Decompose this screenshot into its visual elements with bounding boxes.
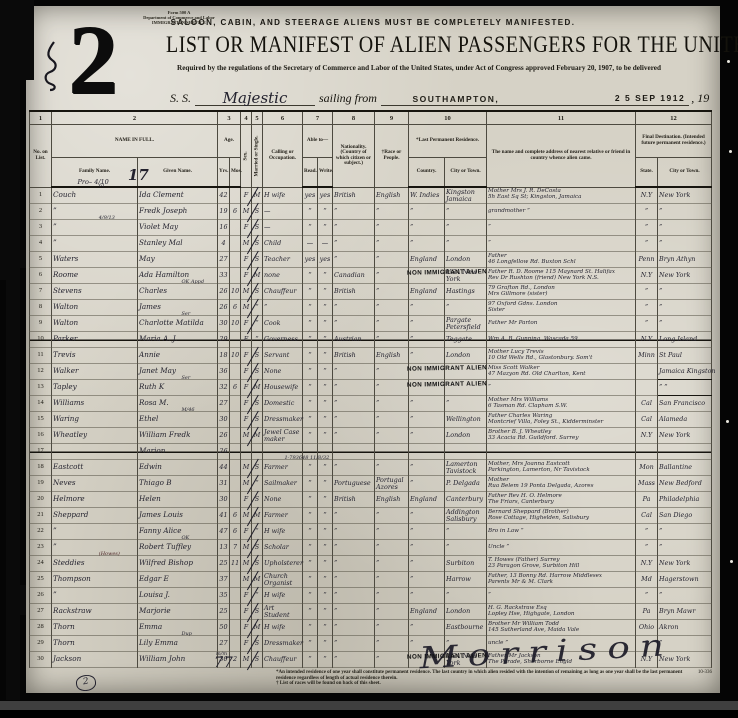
- cell-calling: H wife: [263, 588, 303, 604]
- colnum-12: 12: [636, 111, 712, 125]
- manifest-row: 23”Robert TuffleyOK137MSScholar””””””Unc…: [30, 540, 712, 556]
- cell-state: ”: [636, 236, 658, 252]
- cell-calling: Child: [263, 236, 303, 252]
- cell-calling: Cook: [263, 316, 303, 332]
- cell-read: ”: [303, 604, 318, 620]
- cell-no: 29: [30, 636, 52, 652]
- cell-read: —: [303, 236, 318, 252]
- cell-read: ”: [303, 348, 318, 364]
- cell-city: Addington Salisbury: [445, 508, 487, 524]
- header-sex: Sex.: [241, 125, 252, 188]
- cell-state: Penn: [636, 252, 658, 268]
- cell-read: ”: [303, 332, 318, 348]
- manifest-row: 26”Louisa J.35F”H wife”””””””””: [30, 588, 712, 604]
- cell-race: ”: [375, 588, 409, 604]
- cell-calling: Upholsterer: [263, 556, 303, 572]
- manifest-row: 3”4/9/13Violet May16FS—”””””””””: [30, 220, 712, 236]
- cell-no: 24: [30, 556, 52, 572]
- port-stamp: SOUTHAMPTON,: [381, 93, 531, 106]
- cell-yrs: 30: [218, 316, 230, 332]
- cell-no: 14: [30, 396, 52, 412]
- cell-yrs: 18: [218, 348, 230, 364]
- cell-given: Marjorie: [138, 604, 218, 620]
- cell-fam: Walton: [52, 300, 138, 316]
- manifest-row: 20HelmoreHelen30FSNone””BritishEnglishEn…: [30, 492, 712, 508]
- cell-city: ”: [445, 540, 487, 556]
- handwritten-note: Ser: [181, 311, 190, 318]
- cell-city: Canterbury: [445, 492, 487, 508]
- cell-country: ”: [409, 300, 445, 316]
- cell-write: ”: [318, 540, 333, 556]
- cell-yrs: 31: [218, 476, 230, 492]
- cell-race: ”: [375, 572, 409, 588]
- cell-nat: ”: [333, 380, 375, 396]
- cell-relative: Miss Scott Walker 47 Mazyon Rd. Old Char…: [487, 364, 636, 380]
- cell-fam: Neves: [52, 476, 138, 492]
- manifest-row: 5WatersMay27FSTeacheryesyes””EnglandLond…: [30, 252, 712, 268]
- cell-nat: British: [333, 348, 375, 364]
- cell-relative: Mother Rua Belem 19 Ponta Delgada, Azore…: [487, 476, 636, 492]
- cell-relative: ”: [487, 588, 636, 604]
- cell-no: 12: [30, 364, 52, 380]
- non-immigrant-alien-stamp: NON IMMIGRANT ALIEN: [407, 365, 487, 373]
- cell-city: Eastbourne: [445, 620, 487, 636]
- scan-speck: [726, 420, 729, 423]
- cell-relative: ”: [487, 380, 636, 396]
- cell-yrs: 35: [218, 588, 230, 604]
- header-name-in-full: NAME IN FULL. 17: [52, 125, 218, 158]
- colnum-5: 5: [252, 111, 263, 125]
- cell-given: Robert TuffleyOK: [138, 540, 218, 556]
- cell-fam: Couch61Pro– 4/10: [52, 187, 138, 204]
- cell-state: Cal: [636, 508, 658, 524]
- cell-calling: Servant: [263, 348, 303, 364]
- cell-relative: Father R. D. Roome 115 Maynard St. Halif…: [487, 268, 636, 284]
- year-label: , 19: [689, 91, 709, 106]
- page-title: LIST OR MANIFEST OF ALIEN PASSENGERS FOR…: [166, 32, 710, 58]
- cell-race: ”: [375, 556, 409, 572]
- cell-nat: ”: [333, 428, 375, 444]
- cell-dcity: ”: [658, 540, 712, 556]
- cell-read: ”: [303, 460, 318, 476]
- cell-city: Kingston Jamaica: [445, 187, 487, 204]
- cell-dcity: New Bedford: [658, 476, 712, 492]
- colnum-9: 9: [375, 111, 409, 125]
- cell-no: 11: [30, 348, 52, 364]
- cell-yrs: 33: [218, 268, 230, 284]
- cell-fam: ”4/9/13: [52, 220, 138, 236]
- cell-relative: Father 46 Longfellow Rd. Buxton Schl: [487, 252, 636, 268]
- cell-race: ”: [375, 636, 409, 652]
- cell-city: Lamerton Tavistock: [445, 460, 487, 476]
- cell-country: W. Indies: [409, 187, 445, 204]
- cell-city: ”: [445, 204, 487, 220]
- manifest-row: 11TrevisAnnie1810FSServant””BritishEngli…: [30, 348, 712, 364]
- cell-fam: [52, 444, 138, 460]
- cell-read: ”: [303, 300, 318, 316]
- cell-nat: ”: [333, 396, 375, 412]
- cell-dcity: New York: [658, 187, 712, 204]
- cell-relative: Father Rev H. O. Helmore The Friars, Can…: [487, 492, 636, 508]
- cell-country: ”: [409, 588, 445, 604]
- cell-state: Pa: [636, 604, 658, 620]
- cell-city: London: [445, 428, 487, 444]
- cell-country: ”: [409, 412, 445, 428]
- header-dest-state: State.: [636, 158, 658, 188]
- cell-yrs: 16: [218, 220, 230, 236]
- cell-fam: Steddies(Howes): [52, 556, 138, 572]
- cell-city: Hastings: [445, 284, 487, 300]
- cell-fam: Rackstraw: [52, 604, 138, 620]
- cell-write: ”: [318, 588, 333, 604]
- cell-country: ”: [409, 204, 445, 220]
- cell-city: ”: [445, 220, 487, 236]
- footnote-races: † List of races will be found on back of…: [276, 681, 381, 686]
- cell-race: Portugal Azores: [375, 476, 409, 492]
- cell-yrs: 37: [218, 572, 230, 588]
- cell-race: ”: [375, 316, 409, 332]
- cell-state: Md: [636, 572, 658, 588]
- cell-write: ”: [318, 284, 333, 300]
- cell-given: Fredk Joseph: [138, 204, 218, 220]
- column-number-strip: 1 2 3 4 5 6 7 8 9 10 11 12: [30, 111, 712, 125]
- cell-no: 27: [30, 604, 52, 620]
- header-country: Country.: [409, 158, 445, 188]
- scan-black-edge: [6, 280, 20, 700]
- form-number-note: Form 500 A Department of Commerce and La…: [134, 10, 224, 25]
- scanned-manifest-page: SALOON, CABIN, AND STEERAGE ALIENS MUST …: [0, 0, 738, 718]
- cell-dcity: Jamaica Kingston: [658, 364, 712, 380]
- cell-given: Annie: [138, 348, 218, 364]
- footnotes: 10-336 *An intended residence of one yea…: [276, 670, 712, 687]
- non-immigrant-alien-stamp: NON IMMIGRANT ALIEN: [407, 269, 487, 277]
- cell-relative: Father, 13 Bonny Rd. Harrow Middlesex Pa…: [487, 572, 636, 588]
- cell-given: James Louis: [138, 508, 218, 524]
- cell-given: Emma: [138, 620, 218, 636]
- cell-fam: Helmore: [52, 492, 138, 508]
- cell-race: ”: [375, 300, 409, 316]
- handwritten-note: (Howes): [99, 551, 120, 558]
- cell-fam: Thorn: [52, 636, 138, 652]
- cell-calling: Farmer1-793648 11/8/32: [263, 460, 303, 476]
- name-in-full-label: NAME IN FULL.: [115, 137, 154, 143]
- cell-nat: [333, 444, 375, 460]
- cell-fam: Walker: [52, 364, 138, 380]
- cell-nat: British: [333, 492, 375, 508]
- cell-write: ”: [318, 460, 333, 476]
- cell-given: Charlotte MatildaSer: [138, 316, 218, 332]
- cell-yrs: 50: [218, 620, 230, 636]
- cell-relative: grandmother ”: [487, 204, 636, 220]
- cell-country: ”: [409, 540, 445, 556]
- cell-city: Surbiton: [445, 556, 487, 572]
- cell-country: ”: [409, 348, 445, 364]
- cell-race: ”: [375, 284, 409, 300]
- cell-calling: Chauffeur: [263, 284, 303, 300]
- cell-read: ”: [303, 412, 318, 428]
- cell-yrs: 25: [218, 556, 230, 572]
- header-no-on-list: No. on List.: [30, 125, 52, 188]
- cell-country: England: [409, 252, 445, 268]
- cell-no: 13: [30, 380, 52, 396]
- cell-state: N.Y: [636, 556, 658, 572]
- cell-race: ”: [375, 236, 409, 252]
- tally-count: 77: [214, 655, 234, 671]
- cell-calling: Church Organist: [263, 572, 303, 588]
- cell-relative: Mother Mrs Williams 6 Tasman Rd. Clapham…: [487, 396, 636, 412]
- cell-race: ”: [375, 604, 409, 620]
- cell-sex: F: [241, 316, 252, 332]
- cell-country: ”: [409, 332, 445, 348]
- cell-dcity: ”: [658, 588, 712, 604]
- manifest-row: 2”Fredk Joseph196MS—””””””grandmother ””…: [30, 204, 712, 220]
- cell-relative: ”: [487, 236, 636, 252]
- header-calling: Calling or Occupation.: [263, 125, 303, 188]
- cell-mos: [230, 444, 241, 460]
- cell-relative: Father Mr Parton: [487, 316, 636, 332]
- cell-write: ”: [318, 268, 333, 284]
- manifest-row: 24Steddies(Howes)Wilfred Bishop2511MSUph…: [30, 556, 712, 572]
- cell-relative: Mother, Mrs Joanna Eastcott Parkington, …: [487, 460, 636, 476]
- cell-race: ”: [375, 540, 409, 556]
- cell-no: 5: [30, 252, 52, 268]
- cell-given: Louisa J.: [138, 588, 218, 604]
- cell-nat: Portuguese: [333, 476, 375, 492]
- handwritten-annotation: Pro– 4/10: [78, 179, 109, 186]
- cell-fam: Williams: [52, 396, 138, 412]
- cell-calling: —: [263, 204, 303, 220]
- cell-write: yes: [318, 252, 333, 268]
- cell-no: 2: [30, 204, 52, 220]
- cell-city: [445, 444, 487, 460]
- cell-write: ”: [318, 492, 333, 508]
- cell-nat: ”: [333, 236, 375, 252]
- colnum-4: 4: [241, 111, 252, 125]
- cell-write: —: [318, 236, 333, 252]
- non-immigrant-alien-stamp: NON IMMIGRANT ALIEN: [407, 381, 487, 389]
- cell-race: ”: [375, 508, 409, 524]
- manifest-row: 12WalkerJanet May36FSNone””””NON IMMIGRA…: [30, 364, 712, 380]
- cell-nat: Austrian: [333, 332, 375, 348]
- handwritten-note: OK Appd: [181, 279, 204, 286]
- header-age: Age.: [218, 125, 241, 158]
- cell-fam: Eastcott: [52, 460, 138, 476]
- cell-calling: Dressmaker: [263, 412, 303, 428]
- cell-dcity: New York: [658, 556, 712, 572]
- cell-read: ”: [303, 268, 318, 284]
- cell-read: ”: [303, 556, 318, 572]
- cell-race: English: [375, 348, 409, 364]
- cell-race: ”: [375, 220, 409, 236]
- cell-read: ”: [303, 540, 318, 556]
- cell-country: ”: [409, 620, 445, 636]
- cell-given: Edwin: [138, 460, 218, 476]
- cell-fam: ”: [52, 524, 138, 540]
- manifest-row: 25ThompsonEdgar E37MMChurch Organist””””…: [30, 572, 712, 588]
- cell-state: ”: [636, 540, 658, 556]
- cell-country: ”: [409, 508, 445, 524]
- cell-nat: ”: [333, 300, 375, 316]
- cell-write: ”: [318, 204, 333, 220]
- cell-read: ”: [303, 380, 318, 396]
- cell-state: N.Y: [636, 268, 658, 284]
- manifest-row: 13TapleyRuth KSer326FMHousewife””””NON I…: [30, 380, 712, 396]
- cell-calling: Sailmaker: [263, 476, 303, 492]
- manifest-row: 6RoomeAda Hamilton33FMnone””Canadian”NON…: [30, 268, 712, 284]
- cell-no: 18: [30, 460, 52, 476]
- cell-fam: Wheatley: [52, 428, 138, 444]
- cell-state: ”: [636, 284, 658, 300]
- cell-relative: 79 Grafton Rd., London Mrs Gillmore (sis…: [487, 284, 636, 300]
- cell-no: 20: [30, 492, 52, 508]
- cell-state: [636, 444, 658, 460]
- cell-nat: ”: [333, 252, 375, 268]
- cell-dcity: ” ”: [658, 380, 712, 396]
- cell-fam: Tapley: [52, 380, 138, 396]
- cell-given: CharlesOK Appd: [138, 284, 218, 300]
- cell-nat: ”: [333, 524, 375, 540]
- scan-bottom-band: [0, 701, 738, 710]
- cell-nat: ”: [333, 556, 375, 572]
- cell-dcity: ”: [658, 236, 712, 252]
- cell-no: 1: [30, 187, 52, 204]
- cell-race: ”: [375, 380, 409, 396]
- header-write: Write.: [318, 158, 333, 188]
- manifest-row: 15WaringEthelM/4630FSDressmaker”””””Well…: [30, 412, 712, 428]
- cell-write: ”: [318, 380, 333, 396]
- cell-race: ”: [375, 252, 409, 268]
- cell-write: ”: [318, 604, 333, 620]
- cell-write: ”: [318, 524, 333, 540]
- cell-read: ”: [303, 428, 318, 444]
- cell-dcity: St Paul: [658, 348, 712, 364]
- cell-calling: Housewife: [263, 380, 303, 396]
- cell-dcity: New York: [658, 428, 712, 444]
- cell-city: Harrow: [445, 572, 487, 588]
- cell-no: 22: [30, 524, 52, 540]
- cell-dcity: San Francisco: [658, 396, 712, 412]
- cell-read: ”: [303, 572, 318, 588]
- cell-yrs: 47: [218, 524, 230, 540]
- manifest-row: 10ParkerMaria A. J.29F”Governess””Austri…: [30, 332, 712, 348]
- cell-read: ”: [303, 620, 318, 636]
- cell-read: ”: [303, 492, 318, 508]
- manifest-row: 8WaltonJames266M””””””””97 Oxford Gdns. …: [30, 300, 712, 316]
- cell-calling: —: [263, 220, 303, 236]
- cell-city: London: [445, 348, 487, 364]
- header-given-name: Given Name.: [138, 158, 218, 188]
- cell-write: ”: [318, 316, 333, 332]
- cell-relative: Mother Lucy Trevis 10 Old Wells Rd., Gla…: [487, 348, 636, 364]
- cell-nat: ”: [333, 540, 375, 556]
- ship-name: Majestic: [195, 91, 315, 106]
- cell-nat: ”: [333, 636, 375, 652]
- cell-state: ”: [636, 316, 658, 332]
- cell-dcity: Long Island: [658, 332, 712, 348]
- manifest-row: 4”Stanley Mal4MSChild——”””””””: [30, 236, 712, 252]
- cell-city: ”: [445, 588, 487, 604]
- header-yrs: Yrs.: [218, 158, 230, 188]
- cell-country: [409, 444, 445, 460]
- cell-race: English: [375, 492, 409, 508]
- cell-read: ”: [303, 284, 318, 300]
- cell-city: ”: [445, 396, 487, 412]
- manifest-row: 18EastcottEdwin44MSFarmer1-793648 11/8/3…: [30, 460, 712, 476]
- cell-no: 17: [30, 444, 52, 460]
- cell-state: [636, 364, 658, 380]
- cell-fam: Waring: [52, 412, 138, 428]
- cell-yrs: 32: [218, 380, 230, 396]
- colnum-3: 3: [218, 111, 241, 125]
- cell-yrs: 19: [218, 204, 230, 220]
- cell-given: Thiago B: [138, 476, 218, 492]
- cell-nat: ”: [333, 220, 375, 236]
- cell-no: 4: [30, 236, 52, 252]
- cell-given: Marion: [138, 444, 218, 460]
- cell-yrs: 26: [218, 444, 230, 460]
- cell-country: NON IMMIGRANT ALIEN: [409, 380, 445, 396]
- cell-city: Pargate Petersfield: [445, 316, 487, 332]
- manifest-rows: 1Couch61Pro– 4/10Ida Clement42FMH wifeye…: [30, 187, 712, 668]
- page-subtitle: Required by the regulations of the Secre…: [126, 64, 712, 72]
- cell-nat: ”: [333, 316, 375, 332]
- cell-relative: [487, 444, 636, 460]
- cell-calling: Teacher: [263, 252, 303, 268]
- cell-no: 28: [30, 620, 52, 636]
- manifest-table-head: 1 2 3 4 5 6 7 8 9 10 11 12 No. on List.: [30, 111, 712, 187]
- cell-write: ”: [318, 332, 333, 348]
- cell-write: ”: [318, 396, 333, 412]
- banner-text: SALOON, CABIN, AND STEERAGE ALIENS MUST …: [26, 18, 720, 27]
- handwritten-note: Ser: [181, 375, 190, 382]
- cell-nat: ”: [333, 204, 375, 220]
- cell-read: ”: [303, 220, 318, 236]
- cell-state: ”: [636, 588, 658, 604]
- cell-country: NON IMMIGRANT ALIEN: [409, 364, 445, 380]
- handwritten-doodle: [40, 40, 66, 92]
- handwritten-note: 1-793648 11/8/32: [284, 455, 329, 462]
- cell-race: ”: [375, 412, 409, 428]
- cell-given: Lily EmmaDup: [138, 636, 218, 652]
- cell-state: Pa: [636, 492, 658, 508]
- cell-calling: H wife: [263, 187, 303, 204]
- handwritten-17: 17: [128, 173, 149, 179]
- cell-country: ”: [409, 556, 445, 572]
- cell-calling: H wife: [263, 524, 303, 540]
- cell-dcity: ”: [658, 300, 712, 316]
- cell-dcity: New York: [658, 268, 712, 284]
- cell-relative: Bernard Sheppard (Brother) Rose Cottage,…: [487, 508, 636, 524]
- cell-no: 10: [30, 332, 52, 348]
- header-nearest-relative: The name and complete address of nearest…: [487, 125, 636, 188]
- cell-given: Violet May: [138, 220, 218, 236]
- cell-read: ”: [303, 476, 318, 492]
- cell-relative: Mother Mrs J. R. DeCosta 5h East Sq St; …: [487, 187, 636, 204]
- cell-read: ”: [303, 364, 318, 380]
- cell-given: Rosa M.: [138, 396, 218, 412]
- cell-yrs: 27: [218, 636, 230, 652]
- cell-given: Edgar E: [138, 572, 218, 588]
- cell-yrs: 29: [218, 332, 230, 348]
- cell-country: ”: [409, 476, 445, 492]
- cell-yrs: 42: [218, 187, 230, 204]
- cell-relative: Bro in Law ”: [487, 524, 636, 540]
- manifest-table: 1 2 3 4 5 6 7 8 9 10 11 12 No. on List.: [29, 110, 712, 668]
- cell-country: ”: [409, 428, 445, 444]
- header-married-single: Married or Single.: [252, 125, 263, 188]
- cell-read: ”: [303, 524, 318, 540]
- cell-calling: None: [263, 492, 303, 508]
